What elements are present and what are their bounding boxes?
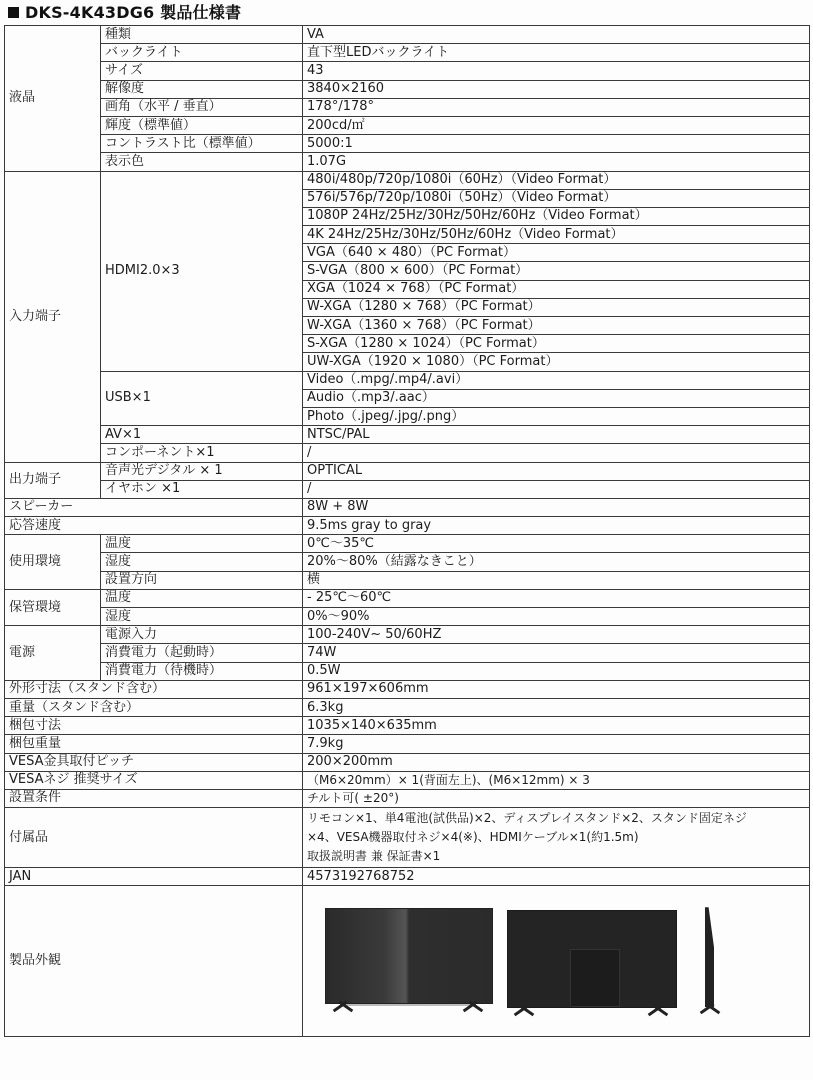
table-row: 電源 電源入力 100-240V~ 50/60HZ xyxy=(5,626,810,644)
table-row: 梱包重量7.9kg xyxy=(5,735,810,753)
spec-key: 表示色 xyxy=(101,153,303,171)
table-row: USB×1 Video（.mpg/.mp4/.avi） xyxy=(5,371,810,389)
table-row: 湿度0%〜90% xyxy=(5,608,810,626)
spec-value: S-XGA（1280 × 1024）（PC Format） xyxy=(303,335,810,353)
spec-value: / xyxy=(303,480,810,498)
spec-key: 外形寸法（スタンド含む） xyxy=(5,680,303,698)
spec-key-usb: USB×1 xyxy=(101,371,303,426)
stand-leg-icon xyxy=(699,1002,721,1014)
spec-key: VESAネジ 推奨サイズ xyxy=(5,771,303,789)
spec-value: Photo（.jpeg/.jpg/.png） xyxy=(303,407,810,425)
spec-key: 設置方向 xyxy=(101,571,303,589)
spec-key: 消費電力（待機時） xyxy=(101,662,303,680)
table-row: 外形寸法（スタンド含む）961×197×606mm xyxy=(5,680,810,698)
spec-key: 画角（水平 / 垂直） xyxy=(101,98,303,116)
table-row: イヤホン ×1/ xyxy=(5,480,810,498)
accessories-value: リモコン×1、単4電池(試供品)×2、ディスプレイスタンド×2、スタンド固定ネジ… xyxy=(303,808,810,868)
spec-key: 温度 xyxy=(101,589,303,607)
table-row: 付属品 リモコン×1、単4電池(試供品)×2、ディスプレイスタンド×2、スタンド… xyxy=(5,808,810,868)
spec-value: 0%〜90% xyxy=(303,608,810,626)
spec-key-accessories: 付属品 xyxy=(5,808,303,868)
spec-value: / xyxy=(303,444,810,462)
spec-value: 43 xyxy=(303,62,810,80)
spec-key-hdmi: HDMI2.0×3 xyxy=(101,171,303,371)
spec-key-speaker: スピーカー xyxy=(5,498,303,516)
spec-sheet-page: DKS-4K43DG6 製品仕様書 液晶 種類 VA バックライト直下型LEDバ… xyxy=(0,0,813,1080)
table-row: コントラスト比（標準値）5000:1 xyxy=(5,135,810,153)
spec-value: 6.3kg xyxy=(303,698,810,716)
section-label-output: 出力端子 xyxy=(5,462,101,498)
spec-value: XGA（1024 × 768）（PC Format） xyxy=(303,280,810,298)
section-label-storage-env: 保管環境 xyxy=(5,589,101,625)
tv-front-view-image xyxy=(325,908,493,1004)
spec-value: 961×197×606mm xyxy=(303,680,810,698)
spec-key: 湿度 xyxy=(101,553,303,571)
spec-value: 178°/178° xyxy=(303,98,810,116)
spec-key: 音声光デジタル × 1 xyxy=(101,462,303,480)
spec-value: W-XGA（1360 × 768）（PC Format） xyxy=(303,317,810,335)
stand-leg-icon xyxy=(647,1004,669,1016)
spec-value: 4K 24Hz/25Hz/30Hz/50Hz/60Hz（Video Format… xyxy=(303,226,810,244)
table-row: 出力端子 音声光デジタル × 1 OPTICAL xyxy=(5,462,810,480)
spec-value: 100-240V~ 50/60HZ xyxy=(303,626,810,644)
spec-value: チルト可( ±20°) xyxy=(303,789,810,807)
spec-value: 直下型LEDバックライト xyxy=(303,44,810,62)
table-row: 保管環境 温度 - 25℃〜60℃ xyxy=(5,589,810,607)
accessories-line: ×4、VESA機器取付ネジ×4(※)、HDMIケーブル×1(約1.5m) xyxy=(307,828,805,847)
spec-value: 横 xyxy=(303,571,810,589)
rear-panel xyxy=(570,949,620,1007)
spec-value: NTSC/PAL xyxy=(303,426,810,444)
accessories-line: 取扱説明書 兼 保証書×1 xyxy=(307,847,805,866)
stand-leg-icon xyxy=(513,1004,535,1016)
spec-key: 湿度 xyxy=(101,608,303,626)
table-row: 画角（水平 / 垂直）178°/178° xyxy=(5,98,810,116)
spec-value: S-VGA（800 × 600）（PC Format） xyxy=(303,262,810,280)
table-row: VESA金具取付ピッチ200×200mm xyxy=(5,753,810,771)
spec-value: - 25℃〜60℃ xyxy=(303,589,810,607)
table-row: 設置方向横 xyxy=(5,571,810,589)
table-row: JAN4573192768752 xyxy=(5,868,810,886)
spec-value: 1.07G xyxy=(303,153,810,171)
table-row: VESAネジ 推奨サイズ（M6×20mm）× 1(背面左上)、(M6×12mm)… xyxy=(5,771,810,789)
table-row: サイズ43 xyxy=(5,62,810,80)
spec-value: 3840×2160 xyxy=(303,80,810,98)
spec-table: 液晶 種類 VA バックライト直下型LEDバックライト サイズ43 解像度384… xyxy=(4,25,810,1037)
spec-key-response: 応答速度 xyxy=(5,517,303,535)
spec-key: 温度 xyxy=(101,535,303,553)
spec-value: 5000:1 xyxy=(303,135,810,153)
table-row: 解像度3840×2160 xyxy=(5,80,810,98)
table-row: 入力端子 HDMI2.0×3 480i/480p/720p/1080i（60Hz… xyxy=(5,171,810,189)
jan-value: 4573192768752 xyxy=(303,868,810,886)
spec-value: （M6×20mm）× 1(背面左上)、(M6×12mm) × 3 xyxy=(303,771,810,789)
spec-value: 0℃〜35℃ xyxy=(303,535,810,553)
spec-key: 輝度（標準値） xyxy=(101,116,303,134)
table-row: バックライト直下型LEDバックライト xyxy=(5,44,810,62)
table-row: スピーカー8W + 8W xyxy=(5,498,810,516)
spec-value: 1035×140×635mm xyxy=(303,717,810,735)
spec-value: 9.5ms gray to gray xyxy=(303,517,810,535)
section-label-input: 入力端子 xyxy=(5,171,101,462)
tv-side-view-image xyxy=(705,907,714,1007)
spec-value: VA xyxy=(303,26,810,44)
spec-value: 74W xyxy=(303,644,810,662)
section-label-power: 電源 xyxy=(5,626,101,681)
tv-rear-view-image xyxy=(507,910,677,1008)
spec-value: OPTICAL xyxy=(303,462,810,480)
spec-key: 種類 xyxy=(101,26,303,44)
spec-value: 8W + 8W xyxy=(303,498,810,516)
spec-key: 消費電力（起動時） xyxy=(101,644,303,662)
table-row: 応答速度9.5ms gray to gray xyxy=(5,517,810,535)
spec-value: 480i/480p/720p/1080i（60Hz）（Video Format） xyxy=(303,171,810,189)
stand-leg-icon xyxy=(332,1000,354,1012)
spec-value: UW-XGA（1920 × 1080）（PC Format） xyxy=(303,353,810,371)
spec-value: 7.9kg xyxy=(303,735,810,753)
table-row: 製品外観 xyxy=(5,886,810,1037)
table-row: 消費電力（起動時）74W xyxy=(5,644,810,662)
spec-key-appearance: 製品外観 xyxy=(5,886,303,1037)
table-row: 設置条件チルト可( ±20°) xyxy=(5,789,810,807)
spec-value: 200×200mm xyxy=(303,753,810,771)
spec-key: サイズ xyxy=(101,62,303,80)
table-row: 湿度20%〜80%（結露なきこと） xyxy=(5,553,810,571)
spec-key: コントラスト比（標準値） xyxy=(101,135,303,153)
section-label-operating-env: 使用環境 xyxy=(5,535,101,590)
table-row: 液晶 種類 VA xyxy=(5,26,810,44)
square-bullet-icon xyxy=(8,7,19,18)
spec-key: イヤホン ×1 xyxy=(101,480,303,498)
stand-bar xyxy=(343,1004,473,1006)
spec-value: W-XGA（1280 × 768）（PC Format） xyxy=(303,298,810,316)
spec-key: 梱包重量 xyxy=(5,735,303,753)
table-row: 使用環境 温度 0℃〜35℃ xyxy=(5,535,810,553)
spec-value: Video（.mpg/.mp4/.avi） xyxy=(303,371,810,389)
spec-value: 200cd/㎡ xyxy=(303,116,810,134)
table-row: 消費電力（待機時）0.5W xyxy=(5,662,810,680)
spec-key: 電源入力 xyxy=(101,626,303,644)
stand-leg-icon xyxy=(462,1000,484,1012)
spec-key: 解像度 xyxy=(101,80,303,98)
spec-key: 重量（スタンド含む） xyxy=(5,698,303,716)
spec-value: 0.5W xyxy=(303,662,810,680)
table-row: 梱包寸法1035×140×635mm xyxy=(5,717,810,735)
spec-key-jan: JAN xyxy=(5,868,303,886)
spec-key: コンポーネント×1 xyxy=(101,444,303,462)
table-row: コンポーネント×1/ xyxy=(5,444,810,462)
document-title: DKS-4K43DG6 製品仕様書 xyxy=(8,2,241,24)
table-row: 表示色1.07G xyxy=(5,153,810,171)
spec-key: AV×1 xyxy=(101,426,303,444)
accessories-line: リモコン×1、単4電池(試供品)×2、ディスプレイスタンド×2、スタンド固定ネジ xyxy=(307,809,805,828)
spec-value: 1080P 24Hz/25Hz/30Hz/50Hz/60Hz（Video For… xyxy=(303,207,810,225)
spec-value: 20%〜80%（結露なきこと） xyxy=(303,553,810,571)
appearance-images xyxy=(303,886,810,1037)
table-row: AV×1NTSC/PAL xyxy=(5,426,810,444)
spec-key: バックライト xyxy=(101,44,303,62)
spec-value: VGA（640 × 480）（PC Format） xyxy=(303,244,810,262)
table-row: 輝度（標準値）200cd/㎡ xyxy=(5,116,810,134)
title-text: DKS-4K43DG6 製品仕様書 xyxy=(25,3,241,22)
spec-value: 576i/576p/720p/1080i（50Hz）（Video Format） xyxy=(303,189,810,207)
spec-key: 設置条件 xyxy=(5,789,303,807)
spec-key: VESA金具取付ピッチ xyxy=(5,753,303,771)
spec-key: 梱包寸法 xyxy=(5,717,303,735)
spec-value: Audio（.mp3/.aac） xyxy=(303,389,810,407)
section-label-lcd: 液晶 xyxy=(5,26,101,172)
table-row: 重量（スタンド含む）6.3kg xyxy=(5,698,810,716)
